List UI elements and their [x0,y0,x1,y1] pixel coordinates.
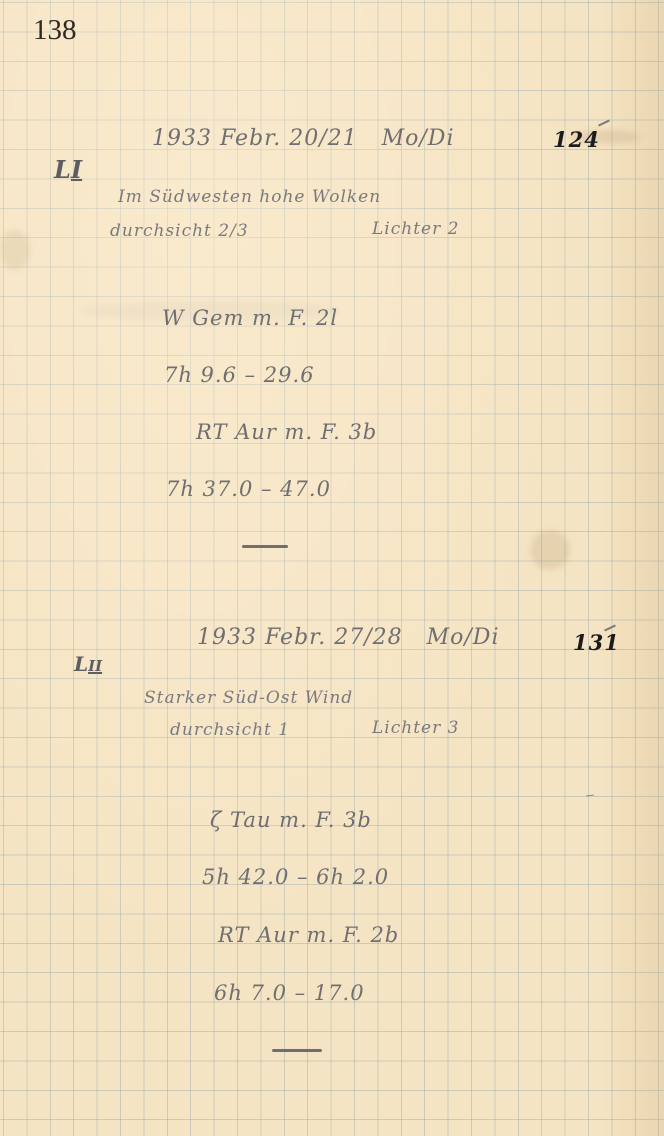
red-mark [586,795,594,797]
note-line: Im Südwesten hohe Wolken [118,187,381,207]
page-number: 138 [33,14,77,47]
observation-star: W Gem m. F. 2l [162,306,338,330]
note-line: durchsicht 1 [170,720,290,740]
weekdays-text: Mo/Di [427,625,500,650]
label-numeral: II [88,657,102,675]
label-prefix: L [54,155,71,184]
weekdays-text: Mo/Di [382,126,455,151]
note-line: durchsicht 2/3 [110,221,249,241]
observation-star: ζ Tau m. F. 3b [210,808,372,832]
notebook-page: 138 1933 Febr. 20/21 Mo/Di 124 LI Im Süd… [0,0,664,1136]
label-prefix: L [74,652,88,676]
luft-note: Lichter 2 [372,219,459,239]
smudge [530,530,570,570]
note-line: Starker Süd-Ost Wind [144,688,353,708]
smudge [0,230,30,270]
entry-date: 1933 Febr. 20/21 Mo/Di [152,126,454,151]
observation-time: 5h 42.0 – 6h 2.0 [202,865,389,889]
date-text: 1933 Febr. 20/21 [152,126,358,151]
date-text: 1933 Febr. 27/28 [197,625,403,650]
observation-time: 6h 7.0 – 17.0 [214,981,365,1005]
luft-note: Lichter 3 [372,718,459,738]
observation-time: 7h 9.6 – 29.6 [164,363,315,387]
reference-number: 131 [573,630,620,655]
observation-star: RT Aur m. F. 2b [218,923,399,947]
end-mark [242,545,288,548]
entry-label: LII [74,652,102,676]
entry-label: LI [54,155,82,184]
entry-date: 1933 Febr. 27/28 Mo/Di [197,625,499,650]
observation-time: 7h 37.0 – 47.0 [166,477,331,501]
observation-star: RT Aur m. F. 3b [196,420,377,444]
end-mark [272,1049,322,1052]
check-mark-icon [598,120,610,127]
reference-number: 124 [553,127,600,152]
label-numeral: I [71,155,82,184]
